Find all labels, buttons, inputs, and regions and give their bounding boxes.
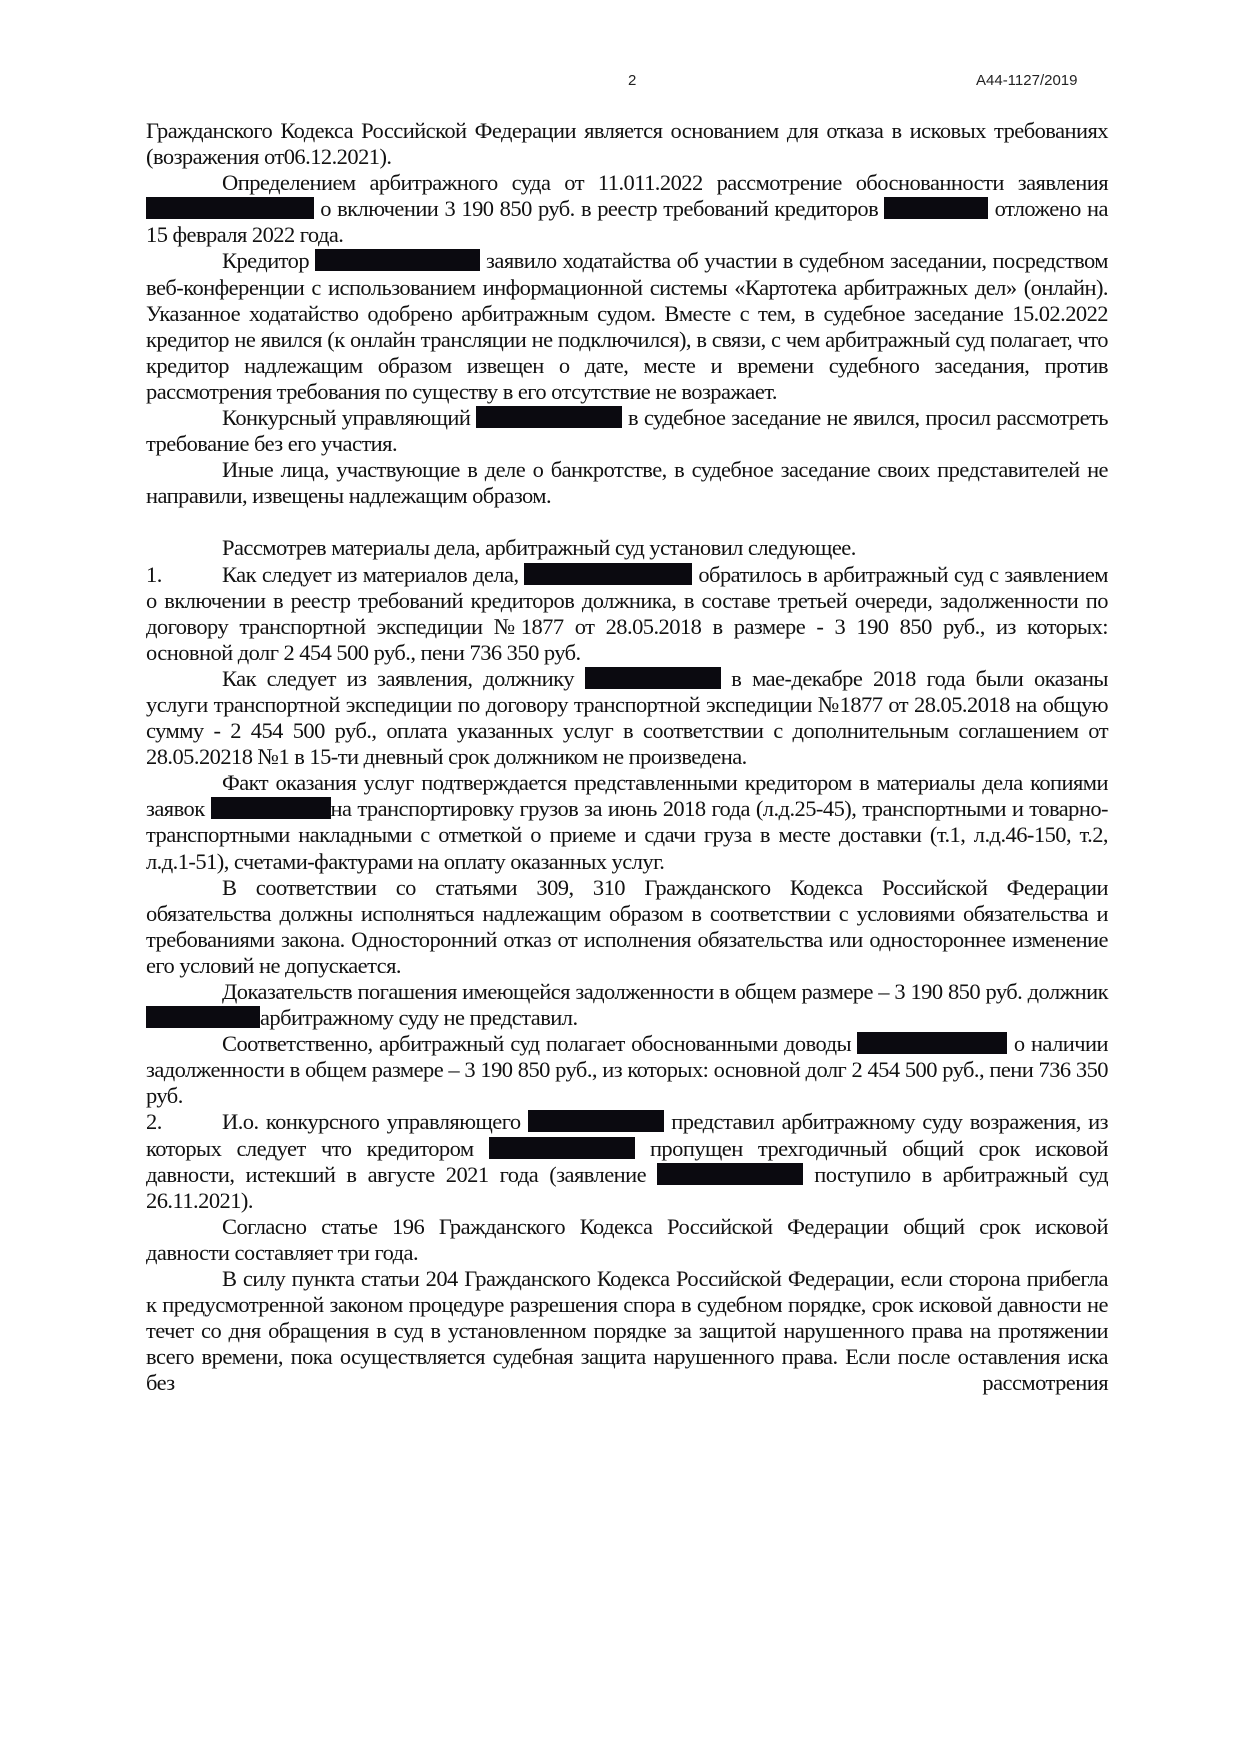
- spacer: [146, 509, 1108, 535]
- paragraph-text: Определением арбитражного суда от 11.011…: [222, 170, 1108, 195]
- paragraph: Определением арбитражного суда от 11.011…: [146, 170, 1108, 248]
- paragraph: Доказательств погашения имеющейся задолж…: [146, 979, 1108, 1031]
- document-body: Гражданского Кодекса Российской Федераци…: [146, 118, 1108, 1397]
- paragraph: Кредитор заявило ходатайства об участии …: [146, 248, 1108, 405]
- paragraph-text: В силу пункта статьи 204 Гражданского Ко…: [146, 1266, 1108, 1395]
- paragraph: Рассмотрев материалы дела, арбитражный с…: [146, 535, 1108, 561]
- paragraph-text: Гражданского Кодекса Российской Федераци…: [146, 118, 1108, 169]
- paragraph: Иные лица, участвующие в деле о банкротс…: [146, 457, 1108, 509]
- item-number: 2.: [146, 1109, 222, 1135]
- page-number: 2: [628, 72, 636, 89]
- paragraph-text: В соответствии со статьями 309, 310 Граж…: [146, 875, 1108, 978]
- paragraph: Конкурсный управляющий в судебное заседа…: [146, 405, 1108, 457]
- paragraph-text: Иные лица, участвующие в деле о банкротс…: [146, 457, 1108, 508]
- paragraph-text: Конкурсный управляющий: [222, 405, 476, 430]
- paragraph-text: Согласно статье 196 Гражданского Кодекса…: [146, 1214, 1108, 1265]
- item-number: 1.: [146, 562, 222, 588]
- redaction: [146, 197, 314, 219]
- paragraph-text: Как следует из заявления, должнику: [222, 666, 585, 691]
- paragraph-text: Кредитор: [222, 248, 315, 273]
- paragraph-text: Рассмотрев материалы дела, арбитражный с…: [222, 535, 856, 560]
- paragraph: В силу пункта статьи 204 Гражданского Ко…: [146, 1266, 1108, 1396]
- redaction: [657, 1163, 803, 1185]
- case-number: А44-1127/2019: [976, 72, 1077, 89]
- redaction: [315, 249, 480, 271]
- numbered-paragraph: 1.Как следует из материалов дела, обрати…: [146, 562, 1108, 666]
- redaction: [211, 797, 331, 819]
- paragraph: Гражданского Кодекса Российской Федераци…: [146, 118, 1108, 170]
- paragraph: В соответствии со статьями 309, 310 Граж…: [146, 875, 1108, 979]
- redaction: [528, 1110, 664, 1132]
- redaction: [884, 197, 988, 219]
- redaction: [146, 1006, 260, 1028]
- paragraph-text: арбитражному суду не представил.: [260, 1005, 578, 1030]
- redaction: [585, 667, 721, 689]
- paragraph-text: о включении 3 190 850 руб. в реестр треб…: [314, 196, 884, 221]
- page-header: 2 А44-1127/2019: [0, 68, 1241, 92]
- paragraph-text: Соответственно, арбитражный суд полагает…: [222, 1031, 857, 1056]
- redaction: [476, 406, 622, 428]
- paragraph-text: И.о. конкурсного управляющего: [222, 1109, 528, 1134]
- redaction: [857, 1032, 1007, 1054]
- paragraph: Факт оказания услуг подтверждается предс…: [146, 770, 1108, 874]
- paragraph-text: Как следует из материалов дела,: [222, 562, 524, 587]
- paragraph: Согласно статье 196 Гражданского Кодекса…: [146, 1214, 1108, 1266]
- redaction: [489, 1137, 635, 1159]
- numbered-paragraph: 2.И.о. конкурсного управляющего представ…: [146, 1109, 1108, 1213]
- paragraph-text: Доказательств погашения имеющейся задолж…: [222, 979, 1108, 1004]
- paragraph: Как следует из заявления, должнику в мае…: [146, 666, 1108, 770]
- paragraph: Соответственно, арбитражный суд полагает…: [146, 1031, 1108, 1109]
- redaction: [524, 563, 692, 585]
